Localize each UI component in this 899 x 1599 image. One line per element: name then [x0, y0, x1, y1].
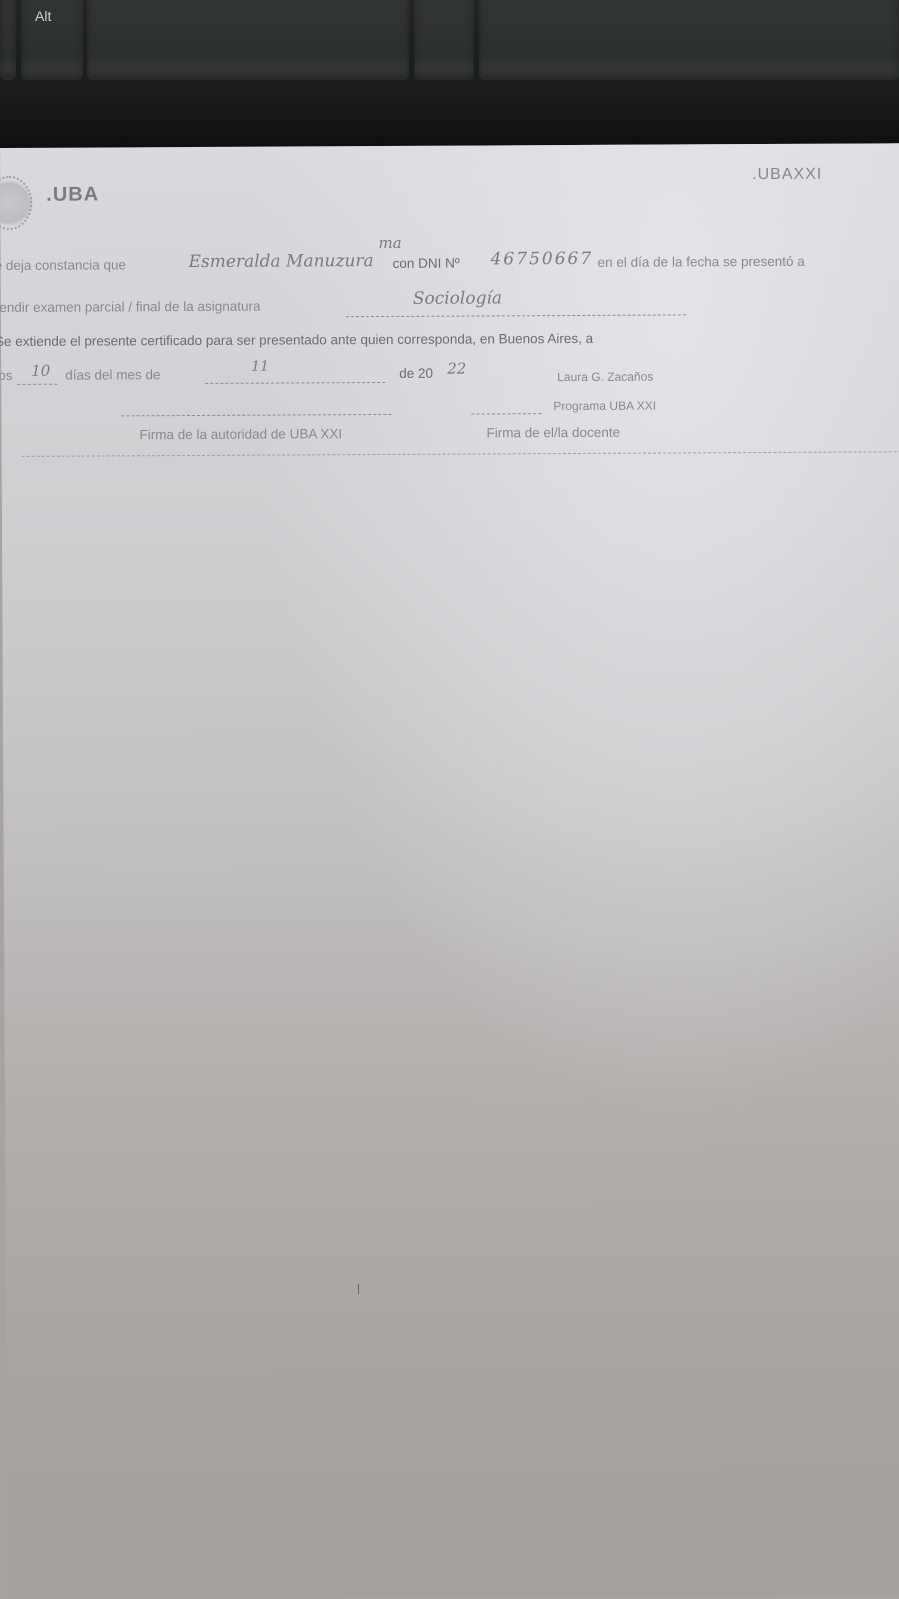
- month-value: 11: [251, 359, 269, 375]
- stamp-program: Programa UBA XXI: [553, 399, 656, 414]
- exam-prefix: rendir examen parcial / final de la asig…: [0, 299, 261, 315]
- ubaxxi-logo: .UBAXXI: [752, 166, 822, 184]
- student-name: Esmeralda Manuzura: [189, 251, 374, 272]
- month-underline: [205, 382, 385, 384]
- authority-signature-line: [121, 414, 391, 416]
- keyboard-key: [479, 0, 899, 80]
- dni-number: 46750667: [491, 249, 594, 270]
- keyboard-key: [414, 0, 474, 80]
- day-underline: [17, 384, 57, 385]
- stamp-name: Laura G. Zacaños: [557, 370, 653, 385]
- space-bar: [87, 0, 409, 80]
- subject-underline: [346, 314, 686, 317]
- alt-key-label: Alt: [35, 8, 51, 24]
- presentation-suffix: en el día de la fecha se presentó a: [598, 254, 805, 270]
- form-cut-line: [22, 451, 899, 457]
- year-value: 22: [447, 360, 466, 378]
- keyboard: Alt: [0, 0, 899, 160]
- student-name-correction: ma: [378, 234, 401, 252]
- uba-seal-icon: [0, 176, 32, 230]
- day-value: 10: [31, 362, 50, 380]
- date-prefix: los: [0, 368, 12, 383]
- teacher-signature-label: Firma de el/la docente: [486, 425, 620, 441]
- subject-name: Sociología: [413, 288, 502, 308]
- dni-label: con DNI Nº: [393, 256, 460, 271]
- year-prefix: de 20: [399, 366, 433, 381]
- paper-mark: [358, 1284, 359, 1294]
- constancia-prefix: e deja constancia que: [0, 257, 126, 273]
- uba-logo: .UBA: [46, 183, 99, 206]
- alt-key: Alt: [21, 0, 83, 80]
- teacher-signature-line: [471, 413, 541, 414]
- authority-signature-label: Firma de la autoridad de UBA XXI: [139, 426, 342, 442]
- keyboard-key: [0, 0, 16, 80]
- certificate-paper: .UBA .UBAXXI e deja constancia que Esmer…: [0, 143, 899, 1599]
- certificate-statement: Se extiende el presente certificado para…: [0, 331, 593, 349]
- date-mid: días del mes de: [65, 367, 160, 382]
